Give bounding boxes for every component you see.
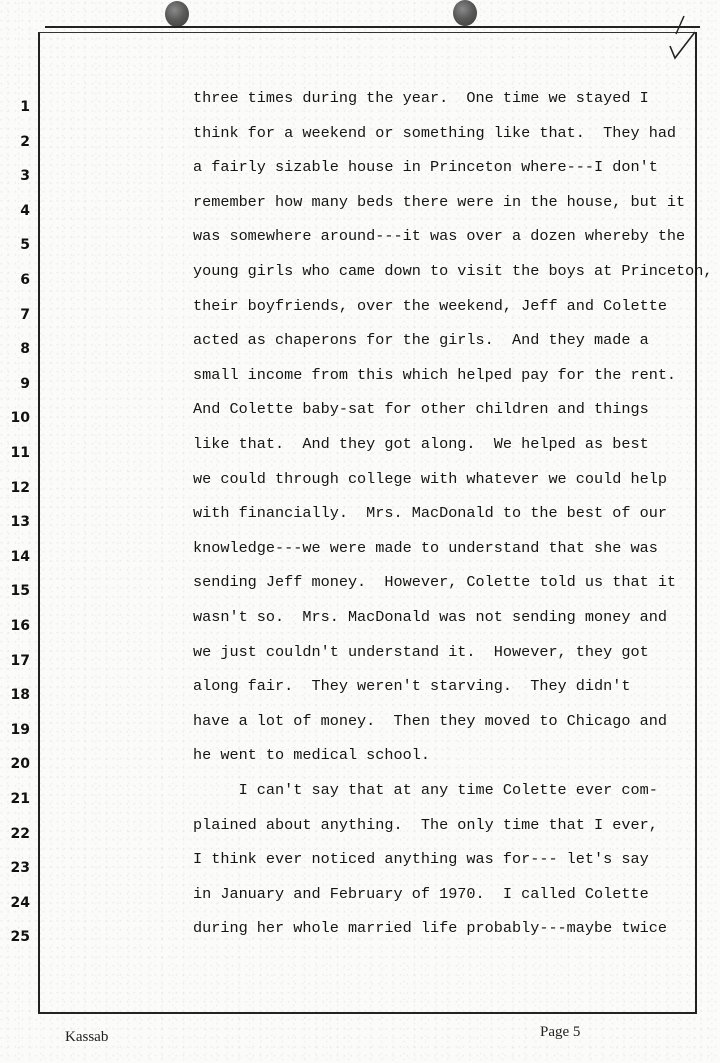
line-number: 12 bbox=[0, 480, 30, 496]
line-number: 16 bbox=[0, 618, 30, 634]
line-number: 7 bbox=[0, 307, 30, 323]
transcript-line: three times during the year. One time we… bbox=[193, 89, 649, 107]
transcript-line: plained about anything. The only time th… bbox=[193, 816, 658, 834]
line-number: 8 bbox=[0, 341, 30, 357]
line-number: 9 bbox=[0, 376, 30, 392]
transcript-line: with financially. Mrs. MacDonald to the … bbox=[193, 504, 667, 522]
transcript-line: knowledge---we were made to understand t… bbox=[193, 539, 658, 557]
footer-page-number: Page 5 bbox=[540, 1024, 580, 1041]
transcript-line: during her whole married life probably--… bbox=[193, 919, 667, 937]
transcript-line: have a lot of money. Then they moved to … bbox=[193, 712, 667, 730]
transcript-line: young girls who came down to visit the b… bbox=[193, 262, 713, 280]
line-number: 3 bbox=[0, 168, 30, 184]
line-number: 11 bbox=[0, 445, 30, 461]
transcript-line: small income from this which helped pay … bbox=[193, 366, 676, 384]
line-number: 2 bbox=[0, 134, 30, 150]
line-number: 22 bbox=[0, 826, 30, 842]
line-number: 13 bbox=[0, 514, 30, 530]
line-number: 25 bbox=[0, 929, 30, 945]
line-number: 20 bbox=[0, 756, 30, 772]
transcript-line: I can't say that at any time Colette eve… bbox=[193, 781, 658, 799]
transcript-line: sending Jeff money. However, Colette tol… bbox=[193, 573, 676, 591]
transcript-line: a fairly sizable house in Princeton wher… bbox=[193, 158, 658, 176]
transcript-line: think for a weekend or something like th… bbox=[193, 124, 676, 142]
footer-witness-name: Kassab bbox=[65, 1029, 108, 1046]
transcript-line: their boyfriends, over the weekend, Jeff… bbox=[193, 297, 667, 315]
line-number: 21 bbox=[0, 791, 30, 807]
checkmark-icon bbox=[668, 12, 698, 64]
punch-hole-icon bbox=[165, 1, 189, 27]
line-number: 17 bbox=[0, 653, 30, 669]
line-number: 10 bbox=[0, 410, 30, 426]
transcript-line: along fair. They weren't starving. They … bbox=[193, 677, 630, 695]
line-number: 4 bbox=[0, 203, 30, 219]
line-number: 6 bbox=[0, 272, 30, 288]
transcript-line: wasn't so. Mrs. MacDonald was not sendin… bbox=[193, 608, 667, 626]
line-number: 5 bbox=[0, 237, 30, 253]
line-number: 19 bbox=[0, 722, 30, 738]
line-number: 24 bbox=[0, 895, 30, 911]
transcript-line: like that. And they got along. We helped… bbox=[193, 435, 649, 453]
line-number: 18 bbox=[0, 687, 30, 703]
transcript-line: I think ever noticed anything was for---… bbox=[193, 850, 649, 868]
transcript-line: acted as chaperons for the girls. And th… bbox=[193, 331, 649, 349]
top-rule bbox=[45, 26, 700, 28]
transcript-line: remember how many beds there were in the… bbox=[193, 193, 685, 211]
transcript-line: And Colette baby-sat for other children … bbox=[193, 400, 649, 418]
line-number: 15 bbox=[0, 583, 30, 599]
transcript-line: we could through college with whatever w… bbox=[193, 470, 667, 488]
transcript-line: he went to medical school. bbox=[193, 746, 430, 764]
transcript-line: was somewhere around---it was over a doz… bbox=[193, 227, 685, 245]
line-number: 1 bbox=[0, 99, 30, 115]
line-number: 14 bbox=[0, 549, 30, 565]
transcript-line: in January and February of 1970. I calle… bbox=[193, 885, 649, 903]
punch-hole-icon bbox=[453, 0, 477, 26]
transcript-line: we just couldn't understand it. However,… bbox=[193, 643, 649, 661]
line-number: 23 bbox=[0, 860, 30, 876]
